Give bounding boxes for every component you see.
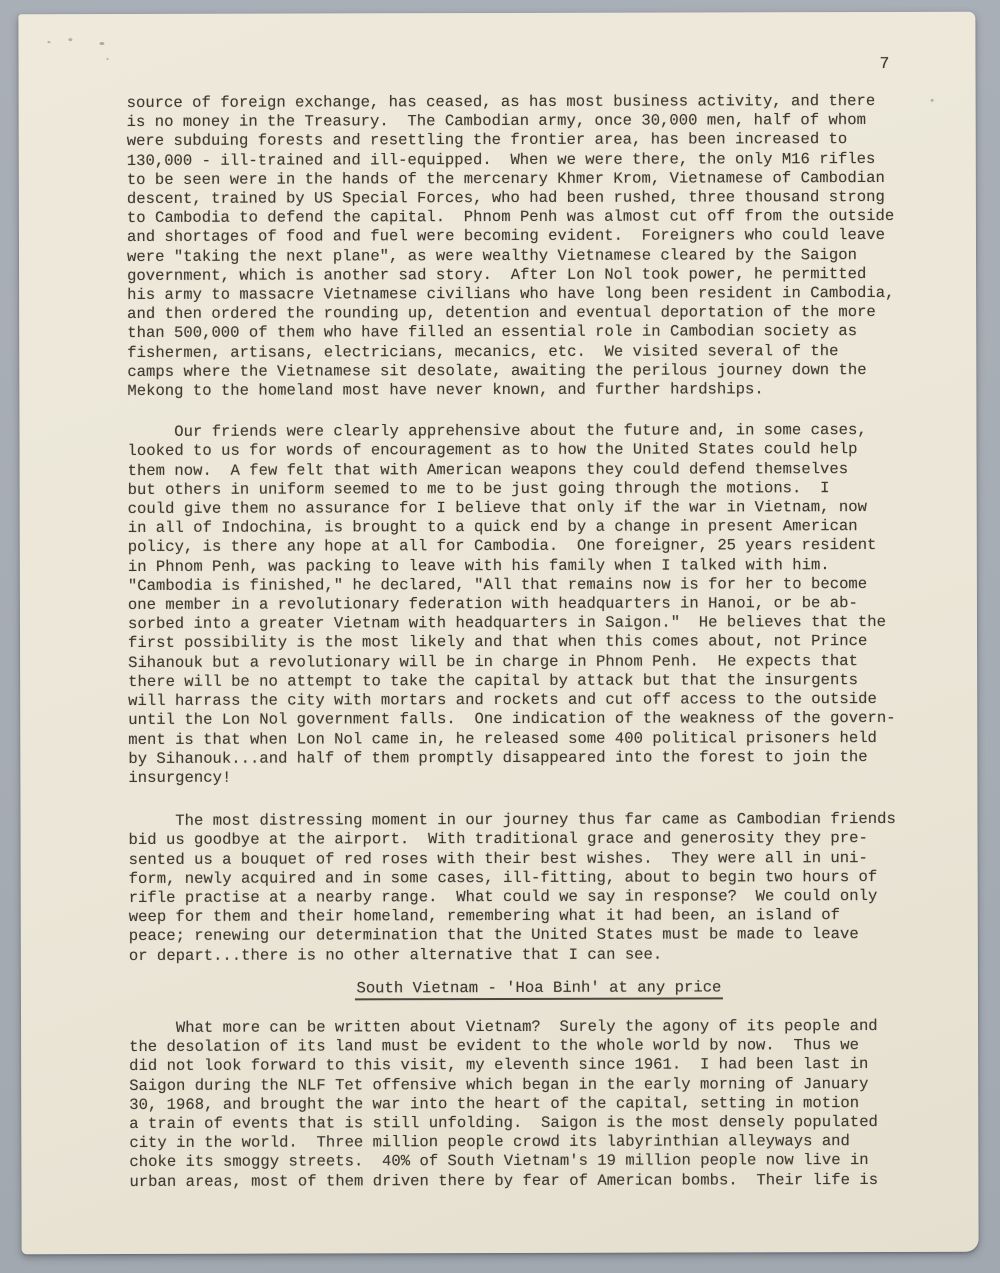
- text-line: will harrass the city with mortars and r…: [128, 690, 948, 711]
- text-line: in Phnom Penh, was packing to leave with…: [128, 555, 948, 576]
- text-line: bid us goodbye at the airport. With trad…: [129, 829, 949, 850]
- scan-background: 7 source of foreign exchange, has ceased…: [0, 0, 1000, 1273]
- paper-speck: [106, 58, 108, 60]
- text-line: choke its smoggy streets. 40% of South V…: [129, 1151, 949, 1172]
- text-line: 130,000 - ill-trained and ill-equipped. …: [127, 149, 947, 170]
- text-line: form, newly acquired and in some cases, …: [129, 868, 949, 889]
- text-line: could give them no assurance for I belie…: [128, 498, 948, 519]
- text-line: his army to massacre Vietnamese civilian…: [127, 284, 947, 305]
- text-line: to be seen were in the hands of the merc…: [127, 169, 947, 190]
- text-line: or depart...there is no other alternativ…: [129, 944, 949, 965]
- paragraph-south-vietnam: What more can be written about Vietnam? …: [129, 1017, 949, 1192]
- text-line: The most distressing moment in our journ…: [128, 810, 948, 831]
- paper-speck: [68, 38, 72, 41]
- text-line: there will be no attempt to take the cap…: [128, 671, 948, 692]
- paragraph-airport-farewell: The most distressing moment in our journ…: [128, 810, 948, 966]
- section-heading-text: South Vietnam - 'Hoa Binh' at any price: [354, 978, 723, 1000]
- text-line: one member in a revolutionary federation…: [128, 594, 948, 615]
- text-line: were "taking the next plane", as were we…: [127, 245, 947, 266]
- text-line: urban areas, most of them driven there b…: [129, 1170, 949, 1191]
- text-line: than 500,000 of them who have filled an …: [127, 322, 947, 343]
- text-line: the desolation of its land must be evide…: [129, 1036, 949, 1057]
- text-line: 30, 1968, and brought the war into the h…: [129, 1094, 949, 1115]
- text-line: What more can be written about Vietnam? …: [129, 1017, 949, 1038]
- text-line: camps where the Vietnamese sit desolate,…: [127, 361, 947, 382]
- text-line: weep for them and their homeland, rememb…: [129, 906, 949, 927]
- text-line: Mekong to the homeland most have never k…: [127, 380, 947, 401]
- text-line: did not look forward to this visit, my e…: [129, 1055, 949, 1076]
- page-number: 7: [879, 54, 889, 73]
- text-line: rifle practise at a nearby range. What c…: [129, 887, 949, 908]
- text-line: government, which is another sad story. …: [127, 265, 947, 286]
- section-heading: South Vietnam - 'Hoa Binh' at any price: [129, 978, 949, 1001]
- text-line: source of foreign exchange, has ceased, …: [127, 92, 947, 113]
- text-line: insurgency!: [128, 767, 948, 788]
- text-line: ment is that when Lon Nol came in, he re…: [128, 728, 948, 749]
- text-line: a train of events that is still unfoldin…: [129, 1113, 949, 1134]
- text-line: city in the world. Three million people …: [129, 1132, 949, 1153]
- text-line: "Cambodia is finished," he declared, "Al…: [128, 575, 948, 596]
- paragraph-cambodia-army: source of foreign exchange, has ceased, …: [127, 92, 948, 401]
- text-line: but others in uniform seemed to me to be…: [128, 479, 948, 500]
- text-line: sented us a bouquet of red roses with th…: [129, 848, 949, 869]
- text-line: and shortages of food and fuel were beco…: [127, 226, 947, 247]
- paper-speck: [47, 41, 50, 43]
- text-line: by Sihanouk...and half of them promptly …: [128, 748, 948, 769]
- document-page: 7 source of foreign exchange, has ceased…: [18, 12, 978, 1255]
- text-column: source of foreign exchange, has ceased, …: [127, 92, 950, 1192]
- text-line: peace; renewing our determination that t…: [129, 925, 949, 946]
- text-line: descent, trained by US Special Forces, w…: [127, 188, 947, 209]
- paragraph-friends-apprehensive: Our friends were clearly apprehensive ab…: [127, 421, 948, 788]
- text-line: policy, is there any hope at all for Cam…: [128, 536, 948, 557]
- text-line: until the Lon Nol government falls. One …: [128, 709, 948, 730]
- paper-speck: [99, 42, 104, 45]
- text-line: first possibility is the most likely and…: [128, 632, 948, 653]
- text-line: looked to us for words of encouragement …: [127, 440, 947, 461]
- text-line: fishermen, artisans, electricians, mecan…: [127, 341, 947, 362]
- text-line: them now. A few felt that with American …: [128, 459, 948, 480]
- text-line: Saigon during the NLF Tet offensive whic…: [129, 1074, 949, 1095]
- text-line: were subduing forests and resettling the…: [127, 130, 947, 151]
- text-line: Sihanouk but a revolutionary will be in …: [128, 652, 948, 673]
